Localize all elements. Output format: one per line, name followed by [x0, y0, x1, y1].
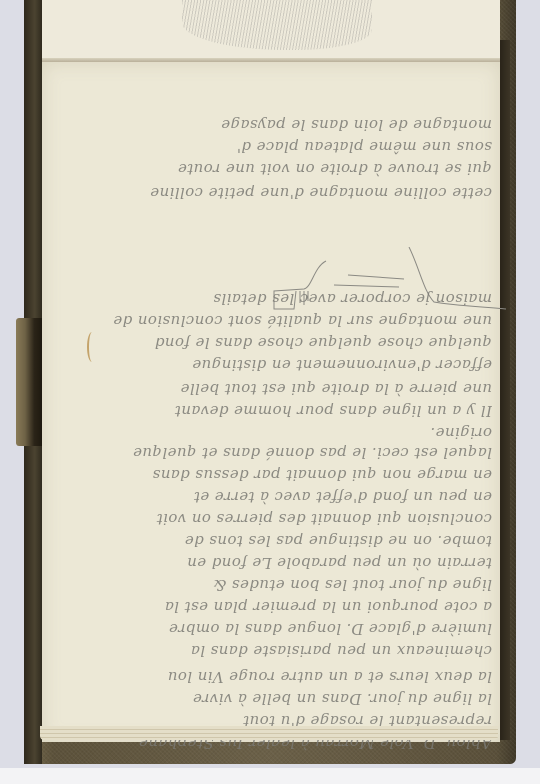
handwriting-line: origine.	[62, 424, 492, 442]
handwriting-line: en peu un fond d'effet avec à terre et	[62, 488, 492, 506]
handwriting-line: montagne de loin dans le paysage	[62, 116, 492, 134]
handwriting-line: effacer d'environnement en distingue	[62, 356, 492, 374]
handwriting-line: la ligne du jour. Dans un belle à vivre	[62, 690, 492, 708]
handwriting-line: Il y a un ligne dans pour homme devant	[62, 402, 492, 420]
handwriting-line: qui se trouve à droite on voit une route	[62, 160, 492, 178]
page-stack-edges	[40, 726, 498, 740]
handwriting-line: quelque chose quelque chose dans le fond	[62, 334, 492, 352]
previous-page	[42, 0, 500, 62]
handwriting-line: laquel est ceci. le pas donné dans et qu…	[62, 444, 492, 462]
pencil-shading-sketch	[182, 0, 372, 50]
handwriting-line: la deux leurs et a un autre rouge Vin lo…	[62, 668, 492, 686]
handwriting-line: en marge non qui donnait par dessus dans	[62, 466, 492, 484]
handwriting-line: terrain où un peu parabole Le fond en	[62, 554, 492, 572]
handwriting-line: ligne du jour tout les bon etudes &	[62, 576, 492, 594]
handwriting-line: cette colline montagne d'une petite coll…	[62, 184, 492, 202]
handwritten-text-block: Ablou. D. Vole Morrau à legler Jus Steph…	[62, 102, 492, 752]
handwriting-line: une montagne sur la qualité sont conclus…	[62, 312, 492, 330]
handwriting-line: a cote pourquoi un la premier plan est l…	[62, 598, 492, 616]
handwriting-line: maison je corporer avec les details	[62, 290, 492, 308]
notebook-page: Ablou. D. Vole Morrau à legler Jus Steph…	[42, 62, 500, 742]
handwriting-line: sous une même plateau place d'	[62, 138, 492, 156]
backdrop	[0, 768, 540, 784]
elastic-strap	[16, 318, 42, 446]
handwriting-line: conclusion qui donnait des pierres on vo…	[62, 510, 492, 528]
handwriting-line: chemineaux un peu parisiaste dans la	[62, 642, 492, 660]
handwriting-line: une pierre à la droite qui est tout bell…	[62, 380, 492, 398]
handwriting-line: tombe. on ne distingue pas les tons de	[62, 532, 492, 550]
handwriting-line: lumière d'glace D. longue dans la ombre	[62, 620, 492, 638]
cover-right-edge	[500, 40, 510, 740]
